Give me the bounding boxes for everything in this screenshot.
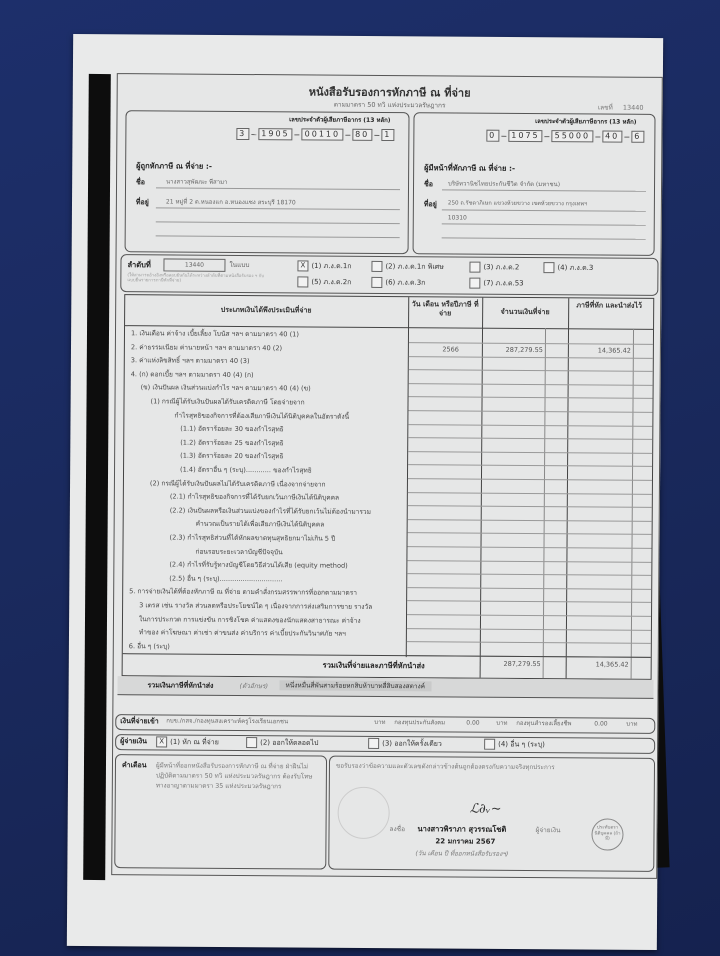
total-amount: 287,279.55 xyxy=(481,660,541,669)
form-option-label: (6) ภ.ง.ด.3ก xyxy=(385,278,425,286)
table-row-label: 3. ค่าแห่งลิขสิทธิ์ ฯลฯ ตามมาตรา 40 (3) xyxy=(131,356,250,365)
checkbox-icon[interactable] xyxy=(371,277,382,288)
checkbox-icon[interactable] xyxy=(371,261,382,272)
checkbox-icon[interactable] xyxy=(469,278,480,289)
form-option-5[interactable]: (5) ภ.ง.ด.2ก xyxy=(297,276,351,287)
table-row-label: (2.1) กำไรสุทธิของกิจการที่ได้รับยกเว้นภ… xyxy=(170,493,339,502)
form-option-7[interactable]: (7) ภ.ง.ด.53 xyxy=(469,278,523,289)
table-row-label: 6. อื่น ๆ (ระบุ) xyxy=(129,642,170,651)
id-segment: 1075 xyxy=(508,130,542,142)
table-row-label: 4. (ก) ดอกเบี้ย ฯลฯ ตามมาตรา 40 (4) (ก) xyxy=(131,370,254,379)
table-row-label: 1. เงินเดือน ค่าจ้าง เบี้ยเลี้ยง โบนัส ฯ… xyxy=(131,329,299,338)
book-number: เลขที่ 13440 xyxy=(598,103,644,111)
payee-name-label: ชื่อ xyxy=(136,178,145,187)
funds-unit: บาท xyxy=(374,719,385,727)
signer-name: นางสาวพิราภา สุวรรณโชติ xyxy=(418,824,507,834)
payer-option-label: (3) ออกให้ครั้งเดียว xyxy=(382,739,442,747)
checkbox-icon[interactable] xyxy=(484,739,495,750)
in-form-label: ในแบบ xyxy=(229,261,249,269)
checkbox-icon[interactable] xyxy=(469,262,480,273)
checkbox-checked-icon[interactable]: X xyxy=(297,260,308,271)
table-row-label: ในการประกวด การแข่งขัน การชิงโชค ค่าแสดง… xyxy=(139,615,361,625)
table-row-label: ทำของ ค่าโฆษณา ค่าเช่า ค่าขนส่ง ค่าบริกา… xyxy=(139,628,346,638)
row-date: 2566 xyxy=(409,345,459,353)
form-option-4[interactable]: (4) ภ.ง.ด.3 xyxy=(543,262,593,273)
warning-text: ผู้มีหน้าที่ออกหนังสือรับรองการหักภาษี ณ… xyxy=(156,761,316,792)
form-option-label: (2) ภ.ง.ด.1ก พิเศษ xyxy=(385,262,443,270)
tax-in-words-row: รวมเงินภาษีที่หักนำส่ง (ตัวอักษร) หนึ่งห… xyxy=(117,676,653,699)
tax-in-words-value: หนึ่งหมื่นสี่พันสามร้อยหกสิบห้าบาทสี่สิบ… xyxy=(280,680,432,691)
checkbox-icon[interactable] xyxy=(246,737,257,748)
table-row-label: (1) กรณีผู้ได้รับเงินปันผลได้รับเครดิตภา… xyxy=(150,397,304,406)
payer-option-label: (4) อื่น ๆ (ระบุ) xyxy=(498,740,545,748)
payer-type-label: ผู้จ่ายเงิน xyxy=(120,737,147,746)
withholding-tax-certificate: หนังสือรับรองการหักภาษี ณ ที่จ่าย ตามมาต… xyxy=(111,73,663,879)
sequence-note: (ให้สามารถอ้างอิงหรือสอบยันกันได้ระหว่าง… xyxy=(127,273,265,284)
table-row-label: กำไรสุทธิของกิจการที่ต้องเสียภาษีเงินได้… xyxy=(174,411,349,420)
certification-section: ขอรับรองว่าข้อความและตัวเลขดังกล่าวข้างต… xyxy=(328,756,655,872)
signer-role: ผู้จ่ายเงิน xyxy=(536,826,561,834)
id-segment: 80 xyxy=(352,129,372,141)
table-header: ประเภทเงินได้พึงประเมินที่จ่าย วัน เดือน… xyxy=(125,295,653,330)
row-amount: 287,279.55 xyxy=(483,345,543,354)
table-row-label: (1.3) อัตราร้อยละ 20 ของกำไรสุทธิ xyxy=(180,452,283,461)
id-segment: 00110 xyxy=(302,128,344,140)
payer-option-1[interactable]: X(1) หัก ณ ที่จ่าย xyxy=(156,736,219,747)
withholder-address-label: ที่อยู่ xyxy=(424,200,437,209)
provident-fund-value: 0.00 xyxy=(594,720,607,728)
tax-in-words-hint: (ตัวอักษร) xyxy=(240,682,269,690)
checkbox-icon[interactable] xyxy=(368,738,379,749)
funds-text: กบข./กสจ./กองทุนสงเคราะห์ครูโรงเรียนเอกช… xyxy=(166,717,288,725)
table-row-label: (1.2) อัตราร้อยละ 25 ของกำไรสุทธิ xyxy=(180,438,283,447)
funds-unit-2: บาท xyxy=(496,720,507,728)
checkbox-checked-icon[interactable]: X xyxy=(156,736,167,747)
seal-watermark-icon xyxy=(337,787,389,839)
total-label: รวมเงินที่จ่ายและภาษีที่หักนำส่ง xyxy=(323,661,425,671)
payee-name: นางสาวสุพัฒนะ พีสามา xyxy=(166,178,227,186)
payee-section: เลขประจำตัวผู้เสียภาษีอากร (13 หลัก) 3 1… xyxy=(125,110,410,254)
id-segment: 1 xyxy=(381,129,394,141)
form-option-6[interactable]: (6) ภ.ง.ด.3ก xyxy=(371,277,425,288)
form-option-label: (3) ภ.ง.ด.2 xyxy=(483,263,519,271)
table-row-label: (1.1) อัตราร้อยละ 30 ของกำไรสุทธิ xyxy=(180,425,283,434)
provident-fund-label: กองทุนสำรองเลี้ยงชีพ xyxy=(516,720,571,728)
payee-heading: ผู้ถูกหักภาษี ณ ที่จ่าย :- xyxy=(136,161,212,171)
withholder-id-label: เลขประจำตัวผู้เสียภาษีอากร (13 หลัก) xyxy=(535,118,636,126)
sequence-label: ลำดับที่ xyxy=(127,260,150,270)
header-income-type: ประเภทเงินได้พึงประเมินที่จ่าย xyxy=(125,305,407,316)
id-segment: 40 xyxy=(602,130,622,142)
payer-option-2[interactable]: (2) ออกให้ตลอดไป xyxy=(246,737,318,749)
warning-label: คำเตือน xyxy=(122,761,147,770)
funds-unit-3: บาท xyxy=(626,721,637,729)
form-option-1[interactable]: X(1) ภ.ง.ด.1ก xyxy=(297,260,351,271)
table-row-label: (2.4) กำไรที่รับรู้ทางบัญชีโดยวิธีส่วนได… xyxy=(169,561,347,570)
table-row-label: คำนวณเป็นรายได้เพื่อเสียภาษีเงินได้นิติบ… xyxy=(196,520,325,529)
payee-address: 21 หมู่ที่ 2 ต.หนองแก อ.หนองแซง สระบุรี … xyxy=(166,198,296,206)
sequence-number-field[interactable]: 13440 xyxy=(163,258,225,271)
table-row-label: ก่อนรอบระยะเวลาบัญชีปัจจุบัน xyxy=(195,547,282,556)
withholder-tax-id: 0 1075 55000 40 6 xyxy=(486,130,644,143)
table-row-label: (2) กรณีผู้ได้รับเงินปันผลไม่ได้รับเครดิ… xyxy=(150,479,326,488)
form-option-label: (5) ภ.ง.ด.2ก xyxy=(311,278,351,286)
header-amount: จำนวนเงินที่จ่าย xyxy=(483,308,567,317)
id-segment: 3 xyxy=(236,128,249,140)
id-segment: 0 xyxy=(486,130,499,142)
sequence-section: ลำดับที่ 13440 ในแบบ (ให้สามารถอ้างอิงหร… xyxy=(120,254,658,296)
form-option-label: (1) ภ.ง.ด.1ก xyxy=(311,262,351,270)
payee-tax-id: 3 1905 00110 80 1 xyxy=(236,128,394,141)
payer-option-4[interactable]: (4) อื่น ๆ (ระบุ) xyxy=(484,739,545,750)
id-segment: 55000 xyxy=(552,130,594,142)
payer-option-3[interactable]: (3) ออกให้ครั้งเดียว xyxy=(368,738,442,750)
income-table: ประเภทเงินได้พึงประเมินที่จ่าย วัน เดือน… xyxy=(122,294,655,680)
company-stamp-icon: ประทับตรา นิติบุคคล (ถ้ามี) xyxy=(591,818,623,850)
form-option-3[interactable]: (3) ภ.ง.ด.2 xyxy=(469,262,519,273)
table-row-label: (2.2) เงินปันผลหรือเงินส่วนแบ่งของกำไรที… xyxy=(170,506,371,516)
header-tax: ภาษีที่หัก และนำส่งไว้ xyxy=(569,301,649,310)
table-row-label: 2. ค่าธรรมเนียม ค่านายหน้า ฯลฯ ตามมาตรา … xyxy=(131,343,282,352)
withholder-address-line1: 250 ถ.รัชดาภิเษก แขวงห้วยขวาง เขตห้วยขวา… xyxy=(448,200,587,208)
table-row-label: (ข) เงินปันผล เงินส่วนแบ่งกำไร ฯลฯ ตามมา… xyxy=(141,384,311,393)
form-option-label: (4) ภ.ง.ด.3 xyxy=(557,264,593,272)
checkbox-icon[interactable] xyxy=(297,276,308,287)
table-row-label: 3 เตรส เช่น รางวัล ส่วนลดหรือประโยชน์ใด … xyxy=(139,601,372,611)
withholder-heading: ผู้มีหน้าที่หักภาษี ณ ที่จ่าย :- xyxy=(424,163,515,173)
header-date: วัน เดือน หรือปีภาษี ที่จ่าย xyxy=(409,300,481,318)
funds-row: เงินที่จ่ายเข้า กบข./กสจ./กองทุนสงเคราะห… xyxy=(115,714,655,734)
social-fund-value: 0.00 xyxy=(466,720,479,728)
total-tax: 14,365.42 xyxy=(567,660,629,669)
withholder-name-label: ชื่อ xyxy=(424,180,433,189)
form-option-label: (7) ภ.ง.ด.53 xyxy=(483,279,523,287)
table-row-label: (1.4) อัตราอื่น ๆ (ระบุ)............ ของ… xyxy=(180,466,312,475)
issue-date: 22 มกราคม 2567 xyxy=(435,837,495,846)
table-row-label: 5. การจ่ายเงินได้ที่ต้องหักภาษี ณ ที่จ่า… xyxy=(129,588,357,598)
warning-section: คำเตือน ผู้มีหน้าที่ออกหนังสือรับรองการห… xyxy=(114,754,327,869)
withholder-name: บริษัทวานิชไทยประกันชีวิต จำกัด (มหาชน) xyxy=(448,180,560,188)
payer-option-label: (2) ออกให้ตลอดไป xyxy=(260,739,318,747)
row-tax: 14,365.42 xyxy=(569,346,631,355)
payee-id-label: เลขประจำตัวผู้เสียภาษีอากร (13 หลัก) xyxy=(289,116,390,124)
id-segment: 6 xyxy=(631,131,644,143)
payer-option-label: (1) หัก ณ ที่จ่าย xyxy=(170,738,219,746)
book-number-label: เลขที่ xyxy=(598,103,613,111)
withholder-address-line2: 10310 xyxy=(448,214,467,222)
payer-type-row: ผู้จ่ายเงิน X(1) หัก ณ ที่จ่าย (2) ออกให… xyxy=(115,734,655,754)
form-option-2[interactable]: (2) ภ.ง.ด.1ก พิเศษ xyxy=(371,261,443,273)
certification-text: ขอรับรองว่าข้อความและตัวเลขดังกล่าวข้างต… xyxy=(336,763,555,772)
book-number-value: 13440 xyxy=(623,104,644,112)
sign-label: ลงชื่อ xyxy=(390,825,406,833)
withholder-section: เลขประจำตัวผู้เสียภาษีอากร (13 หลัก) 0 1… xyxy=(413,112,656,256)
signature: ℒ∂ᵥ~ xyxy=(470,802,502,818)
table-row-label: (2.3) กำไรสุทธิส่วนที่ได้หักผลขาดทุนสุทธ… xyxy=(170,533,336,542)
issue-date-hint: (วัน เดือน ปี ที่ออกหนังสือรับรองฯ) xyxy=(415,850,508,859)
payee-address-label: ที่อยู่ xyxy=(136,198,149,207)
checkbox-icon[interactable] xyxy=(543,262,554,273)
id-segment: 1905 xyxy=(258,128,292,140)
funds-label: เงินที่จ่ายเข้า xyxy=(120,717,159,726)
social-fund-label: กองทุนประกันสังคม xyxy=(394,719,445,727)
table-row-label: (2.5) อื่น ๆ (ระบุ).....................… xyxy=(169,574,282,583)
tax-in-words-label: รวมเงินภาษีที่หักนำส่ง xyxy=(147,681,213,690)
